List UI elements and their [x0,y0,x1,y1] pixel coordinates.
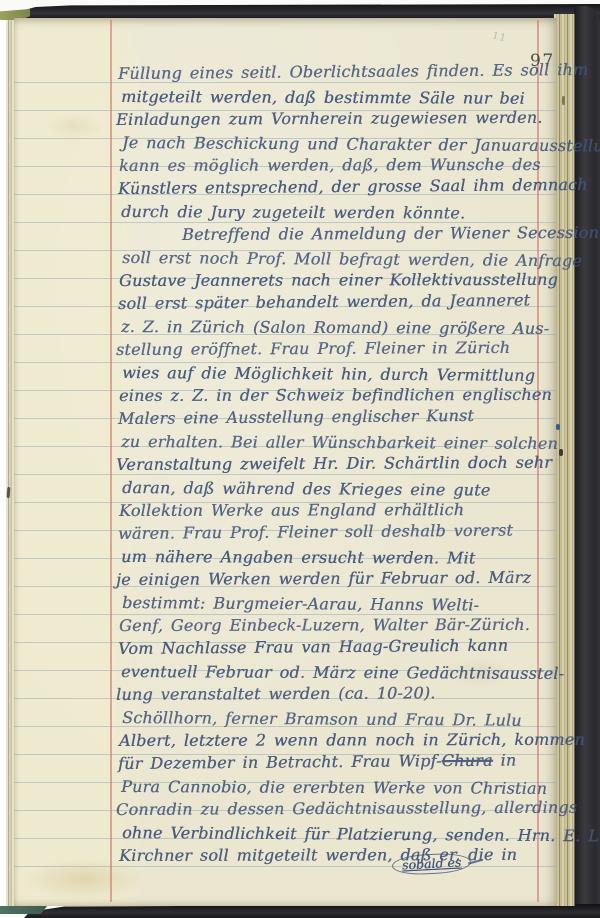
manuscript-line: Kollektion Werke aus England erhältlich [119,500,565,523]
manuscript-line: je einigen Werken werden für Februar od.… [116,568,562,592]
manuscript-line: Künstlers entsprechend, der grosse Saal … [118,175,564,201]
manuscript-line: eines z. Z. in der Schweiz befindlichen … [119,385,565,408]
manuscript-line: wären. Frau Prof. Fleiner soll deshalb v… [118,520,564,546]
manuscript-line: Veranstaltung zweifelt Hr. Dir. Schärtli… [116,453,562,477]
manuscript-line: Füllung eines seitl. Oberlichtsaales fin… [118,60,564,86]
manuscript-line: Genf, Georg Einbeck-Luzern, Walter Bär-Z… [119,615,565,638]
margin-line-left [110,20,112,902]
manuscript-line: lung veranstaltet werden (ca. 10-20). [116,683,562,707]
manuscript-line: Gustave Jeannerets nach einer Kollektiva… [119,270,565,293]
manuscript-line: soll erst später behandelt werden, da Je… [118,290,564,316]
notebook-page: 97 11 Füllung eines seitl. Oberlichtsaal… [14,18,556,906]
edge-mark [7,487,11,498]
manuscript-line: Vom Nachlasse Frau van Haag-Greulich kan… [118,635,564,661]
manuscript-line: stellung eröffnet. Frau Prof. Fleiner in… [116,338,562,362]
manuscript-line: Einladungen zum Vornherein zugewiesen we… [116,108,562,132]
scanned-ledger-page: 97 11 Füllung eines seitl. Oberlichtsaal… [0,0,600,918]
manuscript-line: Kirchner soll mitgeteilt werden, daß er,… [119,845,565,868]
manuscript-line: Malers eine Ausstellung englischer Kunst [118,405,564,431]
struck-word: Chura [442,751,493,770]
page-edge-stack-left [0,20,14,906]
manuscript-line: kann es möglich werden, daß, dem Wunsche… [119,155,565,178]
pencil-mark: 11 [491,30,508,44]
manuscript-line: für Dezember in Betracht. Frau Wipf-Chur… [118,750,564,776]
manuscript-line: Albert, letztere 2 wenn dann noch in Zür… [119,730,565,753]
manuscript-line: Betreffend die Anmeldung der Wiener Sece… [182,223,600,247]
manuscript-line: Conradin zu dessen Gedächtnisausstellung… [116,798,562,822]
book-cover-bottom-edge [24,904,600,918]
